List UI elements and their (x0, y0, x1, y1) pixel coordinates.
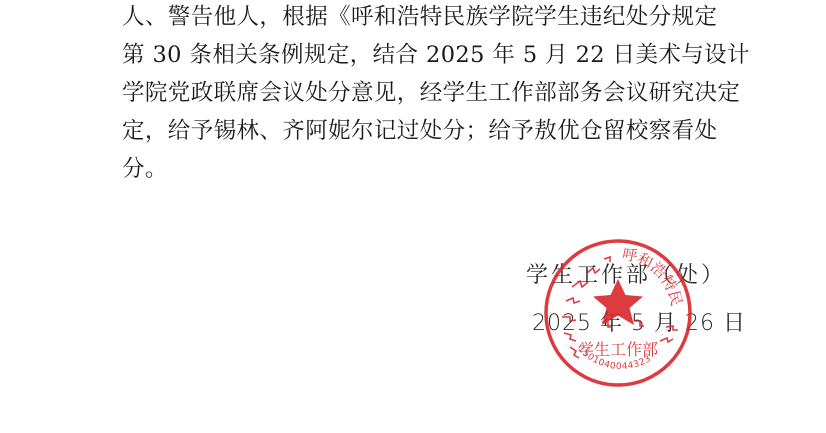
official-seal: 呼和浩特民族学院 学生工作部 150104004 (542, 237, 694, 389)
seal-graphic: 呼和浩特民族学院 学生工作部 150104004 (542, 237, 694, 389)
body-line-4: 定，给予锡林、齐阿妮尔记过处分；给予敖优仓留校察看处 (122, 112, 707, 150)
body-line-5: 分。 (122, 150, 707, 188)
body-line-1: 人、警告他人，根据《呼和浩特民族学院学生违纪处分规定 (122, 0, 707, 36)
star-icon (593, 279, 643, 325)
body-line-3: 学院党政联席会议处分意见，经学生工作部部务会议研究决定 (122, 74, 707, 112)
document-page: 人、警告他人，根据《呼和浩特民族学院学生违纪处分规定 第 30 条相关条例规定，… (0, 0, 826, 433)
document-body: 人、警告他人，根据《呼和浩特民族学院学生违纪处分规定 第 30 条相关条例规定，… (122, 0, 707, 188)
body-line-2: 第 30 条相关条例规定，结合 2025 年 5 月 22 日美术与设计 (122, 36, 707, 74)
